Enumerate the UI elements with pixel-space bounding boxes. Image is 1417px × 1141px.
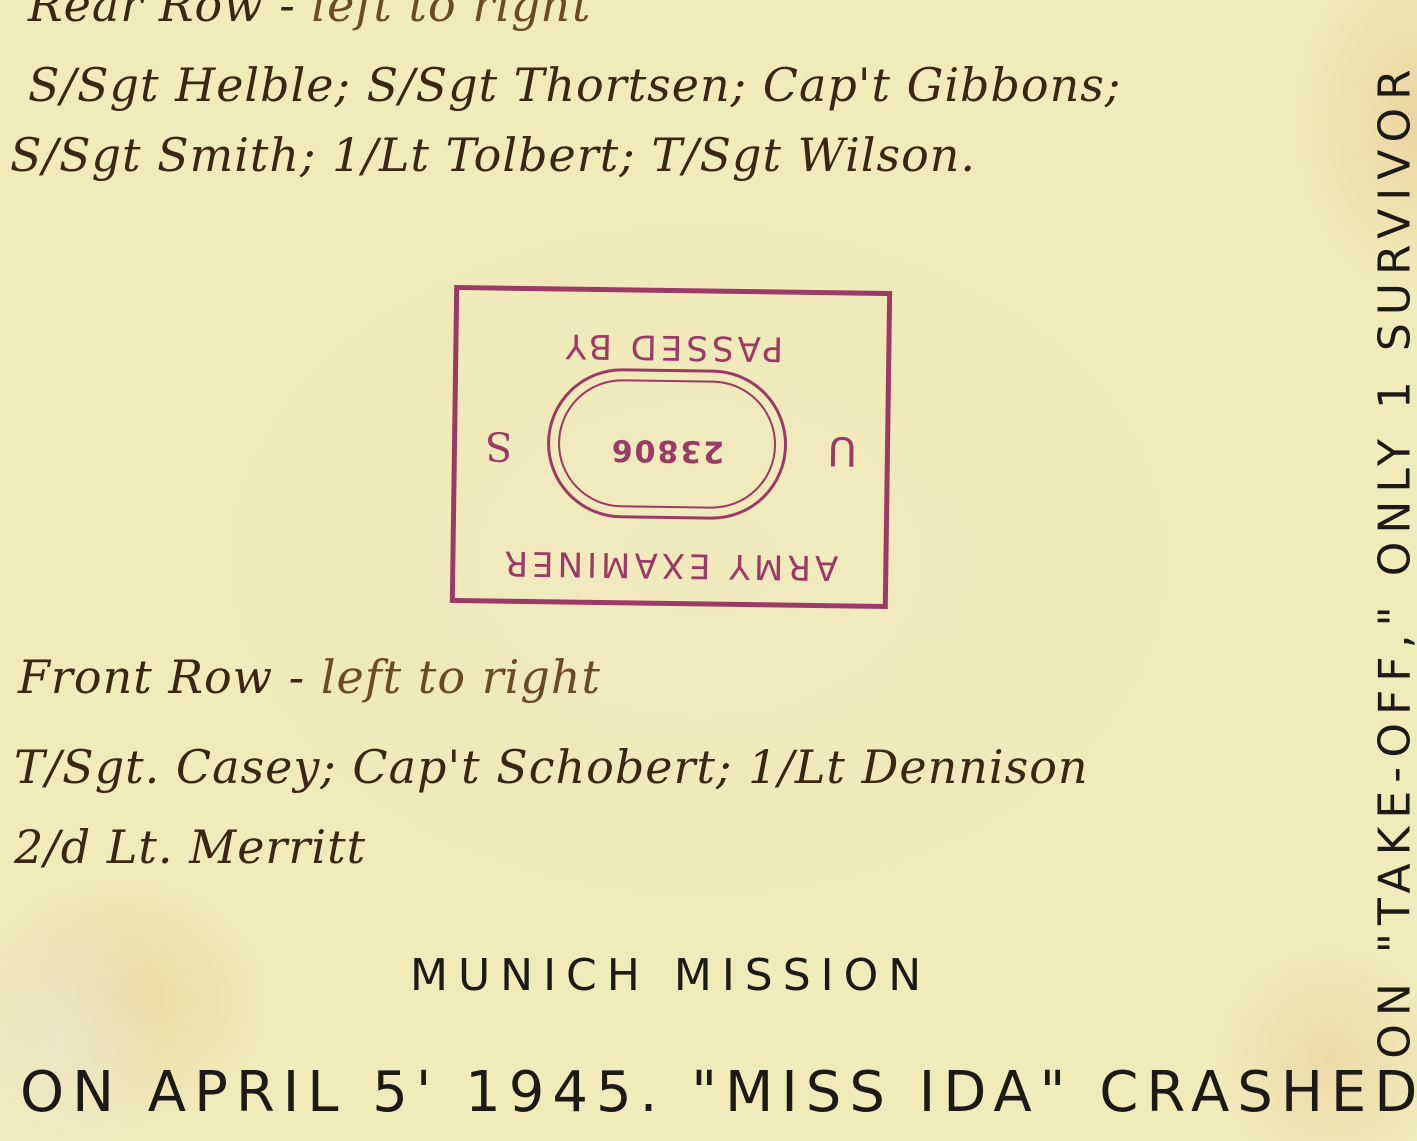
- front-row-heading: Front Row - left to right: [18, 650, 601, 704]
- stamp-top-text: PASSED BY: [458, 324, 887, 370]
- front-row-direction: left to right: [321, 650, 601, 704]
- front-row-names-2: 2/d Lt. Merritt: [14, 820, 366, 874]
- army-examiner-stamp: ARMY EXAMINER U S 23806 PASSED BY: [450, 285, 892, 609]
- survivor-note: ON "TAKE-OFF," ONLY 1 SURVIVOR: [1370, 10, 1417, 1110]
- stamp-right-letter: S: [485, 422, 513, 468]
- rear-row-label: Rear Row -: [28, 0, 296, 32]
- front-row-label: Front Row -: [18, 650, 305, 704]
- rear-row-direction: left to right: [311, 0, 591, 32]
- stamp-bottom-text: ARMY EXAMINER: [455, 542, 884, 588]
- stamp-left-letter: U: [827, 427, 857, 473]
- rear-row-names-1: S/Sgt Helble; S/Sgt Thortsen; Cap't Gibb…: [28, 58, 1121, 112]
- mission-title: MUNICH MISSION: [410, 950, 931, 1001]
- rear-row-heading: Rear Row - left to right: [28, 0, 592, 32]
- rear-row-names-2: S/Sgt Smith; 1/Lt Tolbert; T/Sgt Wilson.: [10, 128, 976, 182]
- stamp-number: 23806: [550, 431, 784, 469]
- front-row-names-1: T/Sgt. Casey; Cap't Schobert; 1/Lt Denni…: [14, 740, 1089, 794]
- stamp-oval: 23806: [546, 367, 788, 520]
- crash-note: ON APRIL 5' 1945. "MISS IDA" CRASHED: [20, 1060, 1417, 1125]
